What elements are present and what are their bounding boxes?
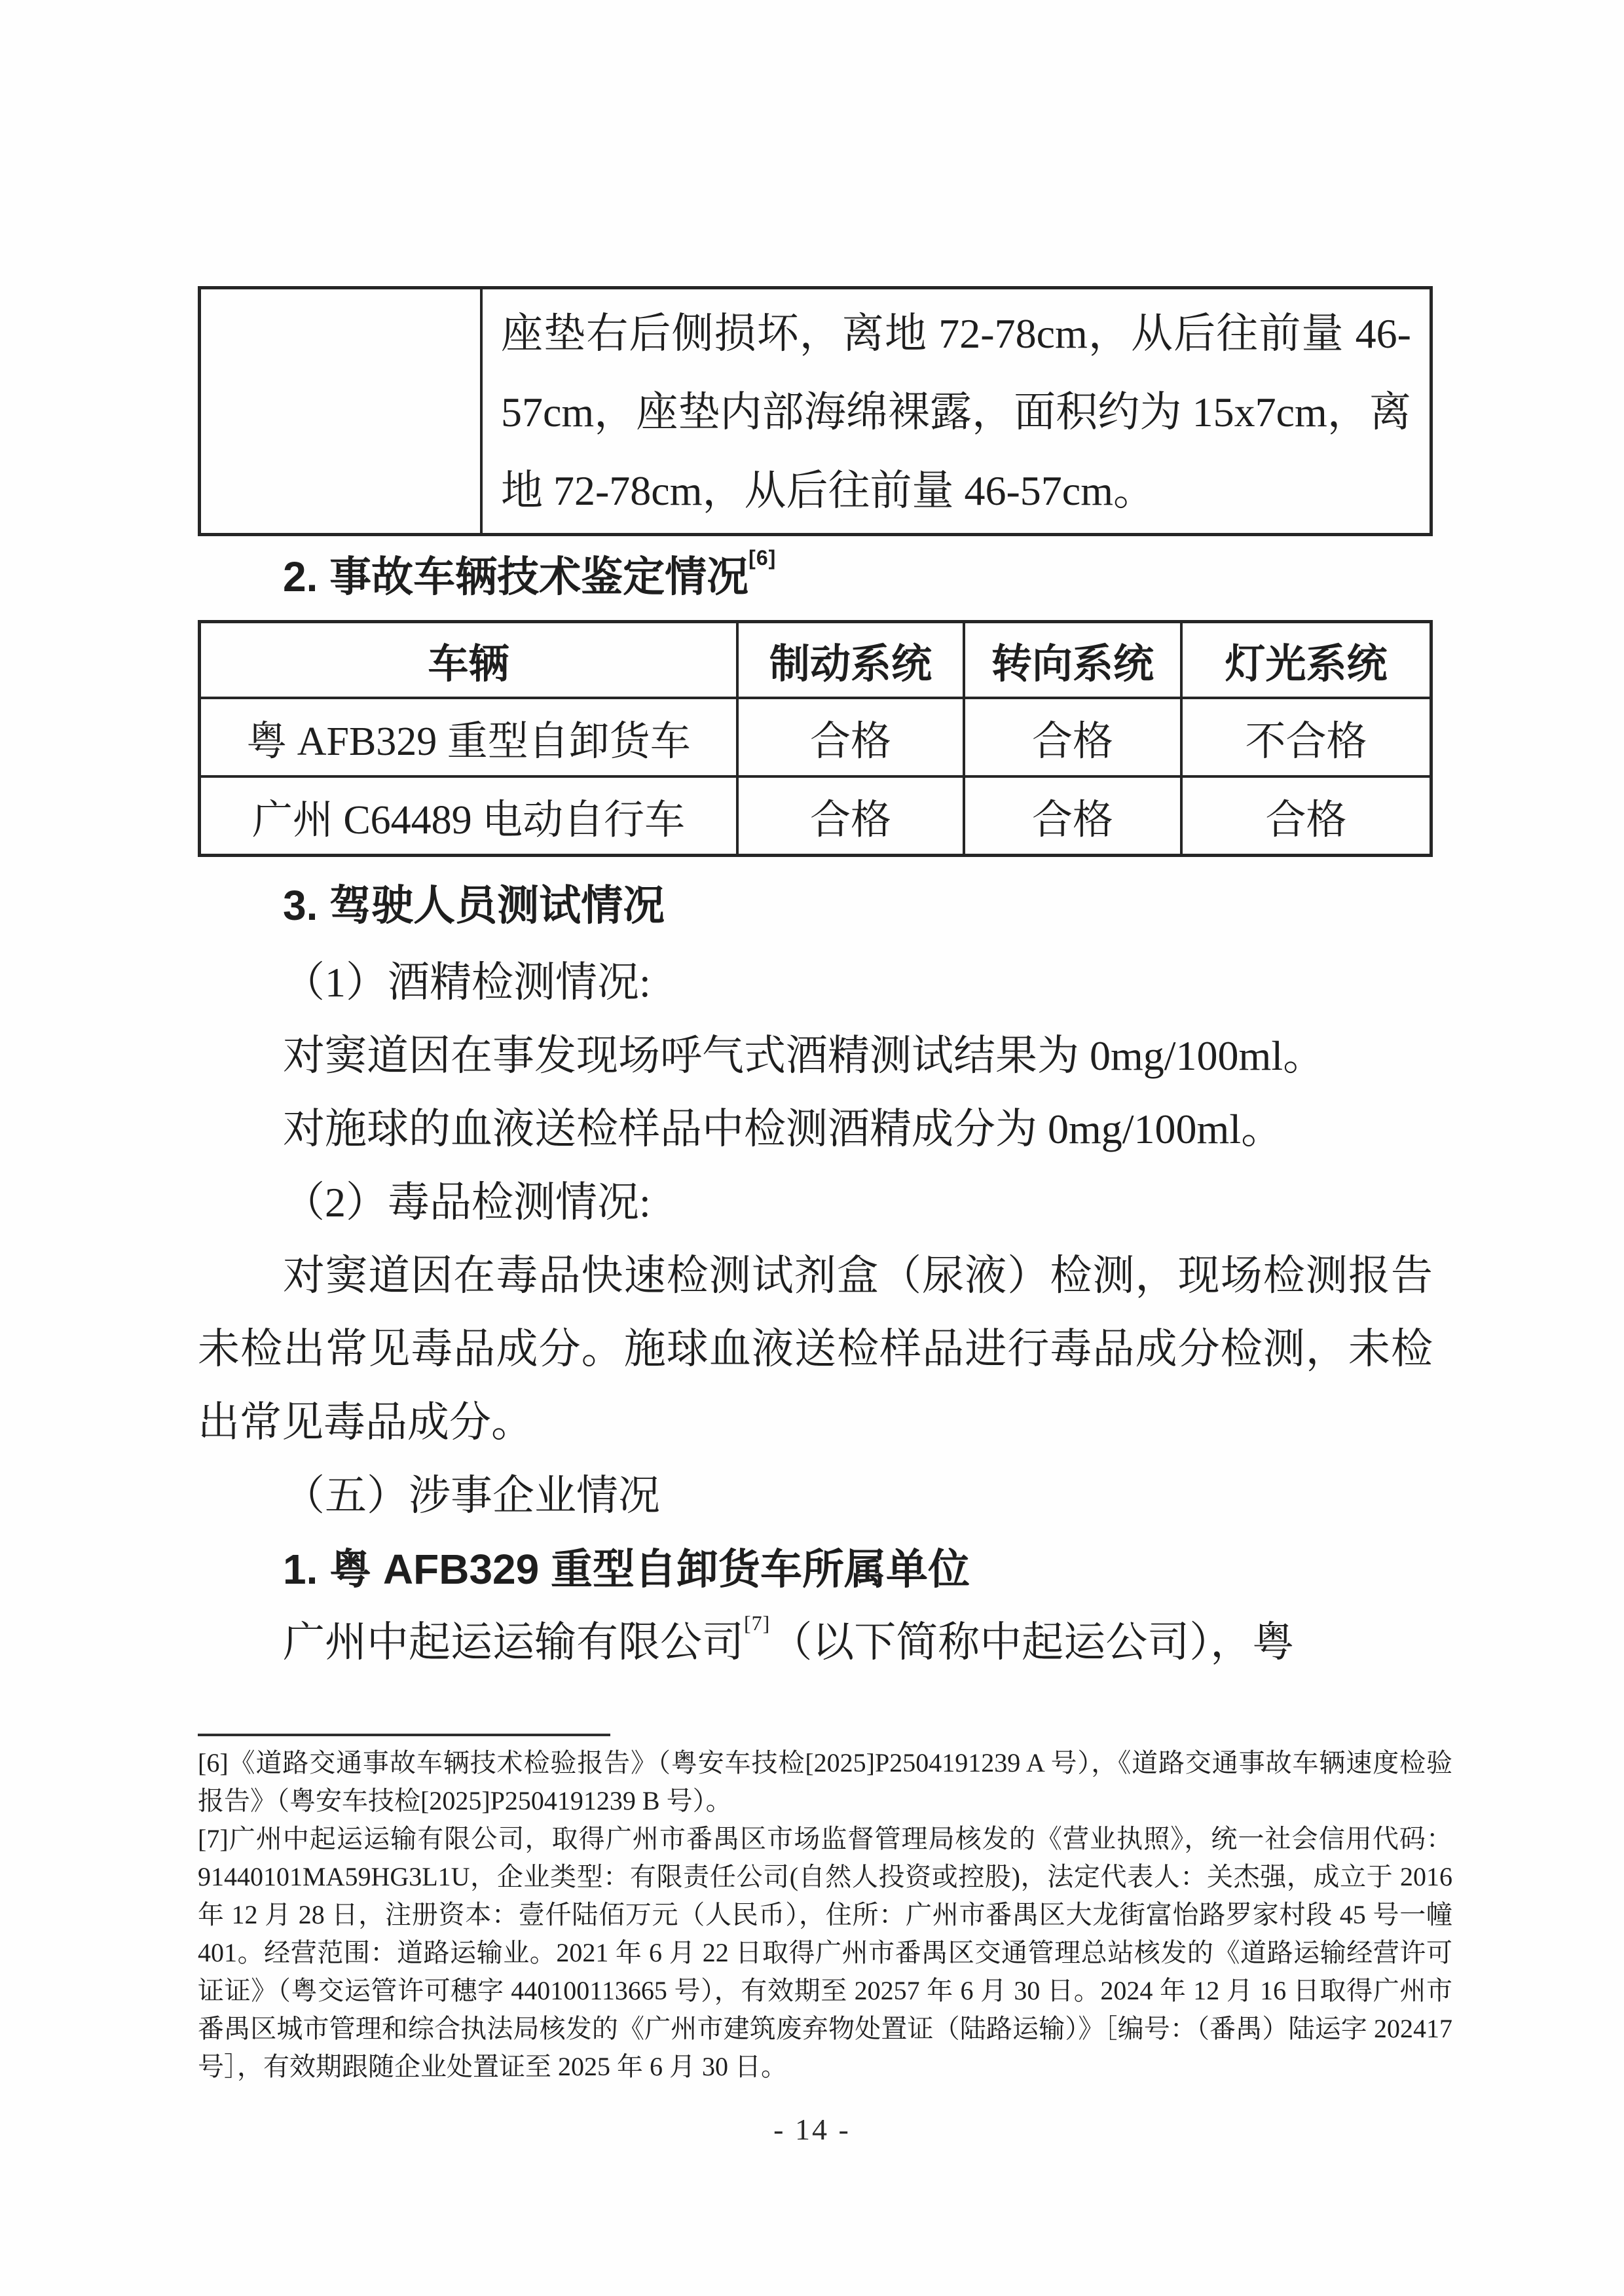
table-row: 广州 C64489 电动自行车 合格 合格 合格	[200, 776, 1431, 856]
cell-vehicle-name: 广州 C64489 电动自行车	[200, 776, 738, 856]
header-steering-system: 转向系统	[964, 622, 1181, 699]
alcohol-test-result-line1: 对窦道因在事发现场呼气式酒精测试结果为 0mg/100ml。	[198, 1019, 1433, 1093]
cell-brake-result: 合格	[737, 698, 964, 776]
damage-table-label-cell	[200, 288, 482, 535]
cell-steering-result: 合格	[964, 698, 1181, 776]
section2-heading-text: 2. 事故车辆技术鉴定情况	[283, 553, 748, 600]
alcohol-test-result-line2: 对施球的血液送检样品中检测酒精成分为 0mg/100ml。	[198, 1093, 1433, 1166]
document-page: 座垫右后侧损坏，离地 72-78cm，从后往前量 46-57cm，座垫内部海绵裸…	[0, 0, 1624, 2296]
damage-table-description-cell: 座垫右后侧损坏，离地 72-78cm，从后往前量 46-57cm，座垫内部海绵裸…	[481, 288, 1431, 535]
drug-test-subheading: （2）毒品检测情况:	[198, 1166, 1433, 1239]
cell-steering-result: 合格	[964, 776, 1181, 856]
cell-vehicle-name: 粤 AFB329 重型自卸货车	[200, 698, 738, 776]
table-row: 粤 AFB329 重型自卸货车 合格 合格 不合格	[200, 698, 1431, 776]
footnote-ref-6: [6]	[748, 546, 776, 570]
footnote-separator	[198, 1734, 610, 1736]
drug-test-paragraph: 对窦道因在毒品快速检测试剂盒（尿液）检测，现场检测报告未检出常见毒品成分。施球血…	[198, 1239, 1433, 1459]
footnote-ref-7: [7]	[744, 1611, 770, 1635]
cell-lighting-result: 不合格	[1181, 698, 1431, 776]
cell-brake-result: 合格	[737, 776, 964, 856]
section3-heading: 3. 驾驶人员测试情况	[198, 871, 1433, 939]
vehicle-inspection-table: 车辆 制动系统 转向系统 灯光系统 粤 AFB329 重型自卸货车 合格 合格 …	[198, 620, 1433, 857]
cell-lighting-result: 合格	[1181, 776, 1431, 856]
section5-heading: （五）涉事企业情况	[198, 1459, 1433, 1533]
page-body: 座垫右后侧损坏，离地 72-78cm，从后往前量 46-57cm，座垫内部海绵裸…	[198, 286, 1433, 1679]
footnote-area: [6]《道路交通事故车辆技术检验报告》（粤安车技检[2025]P25041912…	[198, 1734, 1452, 2086]
header-vehicle: 车辆	[200, 622, 738, 699]
page-number: - 14 -	[0, 2112, 1624, 2147]
table-row: 座垫右后侧损坏，离地 72-78cm，从后往前量 46-57cm，座垫内部海绵裸…	[200, 288, 1431, 535]
header-brake-system: 制动系统	[737, 622, 964, 699]
footnote-7: [7]广州中起运运输有限公司，取得广州市番禺区市场监督管理局核发的《营业执照》，…	[198, 1820, 1452, 2086]
company-name-text: 广州中起运运输有限公司	[283, 1619, 744, 1666]
section5-unit-heading: 1. 粤 AFB329 重型自卸货车所属单位	[198, 1533, 1433, 1606]
company-intro-line: 广州中起运运输有限公司[7]（以下简称中起运公司），粤	[198, 1606, 1433, 1679]
alcohol-test-subheading: （1）酒精检测情况:	[198, 946, 1433, 1019]
header-lighting-system: 灯光系统	[1181, 622, 1431, 699]
section2-heading: 2. 事故车辆技术鉴定情况[6]	[198, 543, 1433, 611]
table-header-row: 车辆 制动系统 转向系统 灯光系统	[200, 622, 1431, 699]
footnote-6: [6]《道路交通事故车辆技术检验报告》（粤安车技检[2025]P25041912…	[198, 1744, 1452, 1820]
damage-description-table: 座垫右后侧损坏，离地 72-78cm，从后往前量 46-57cm，座垫内部海绵裸…	[198, 286, 1433, 536]
company-intro-rest: （以下简称中起运公司），粤	[770, 1619, 1294, 1666]
